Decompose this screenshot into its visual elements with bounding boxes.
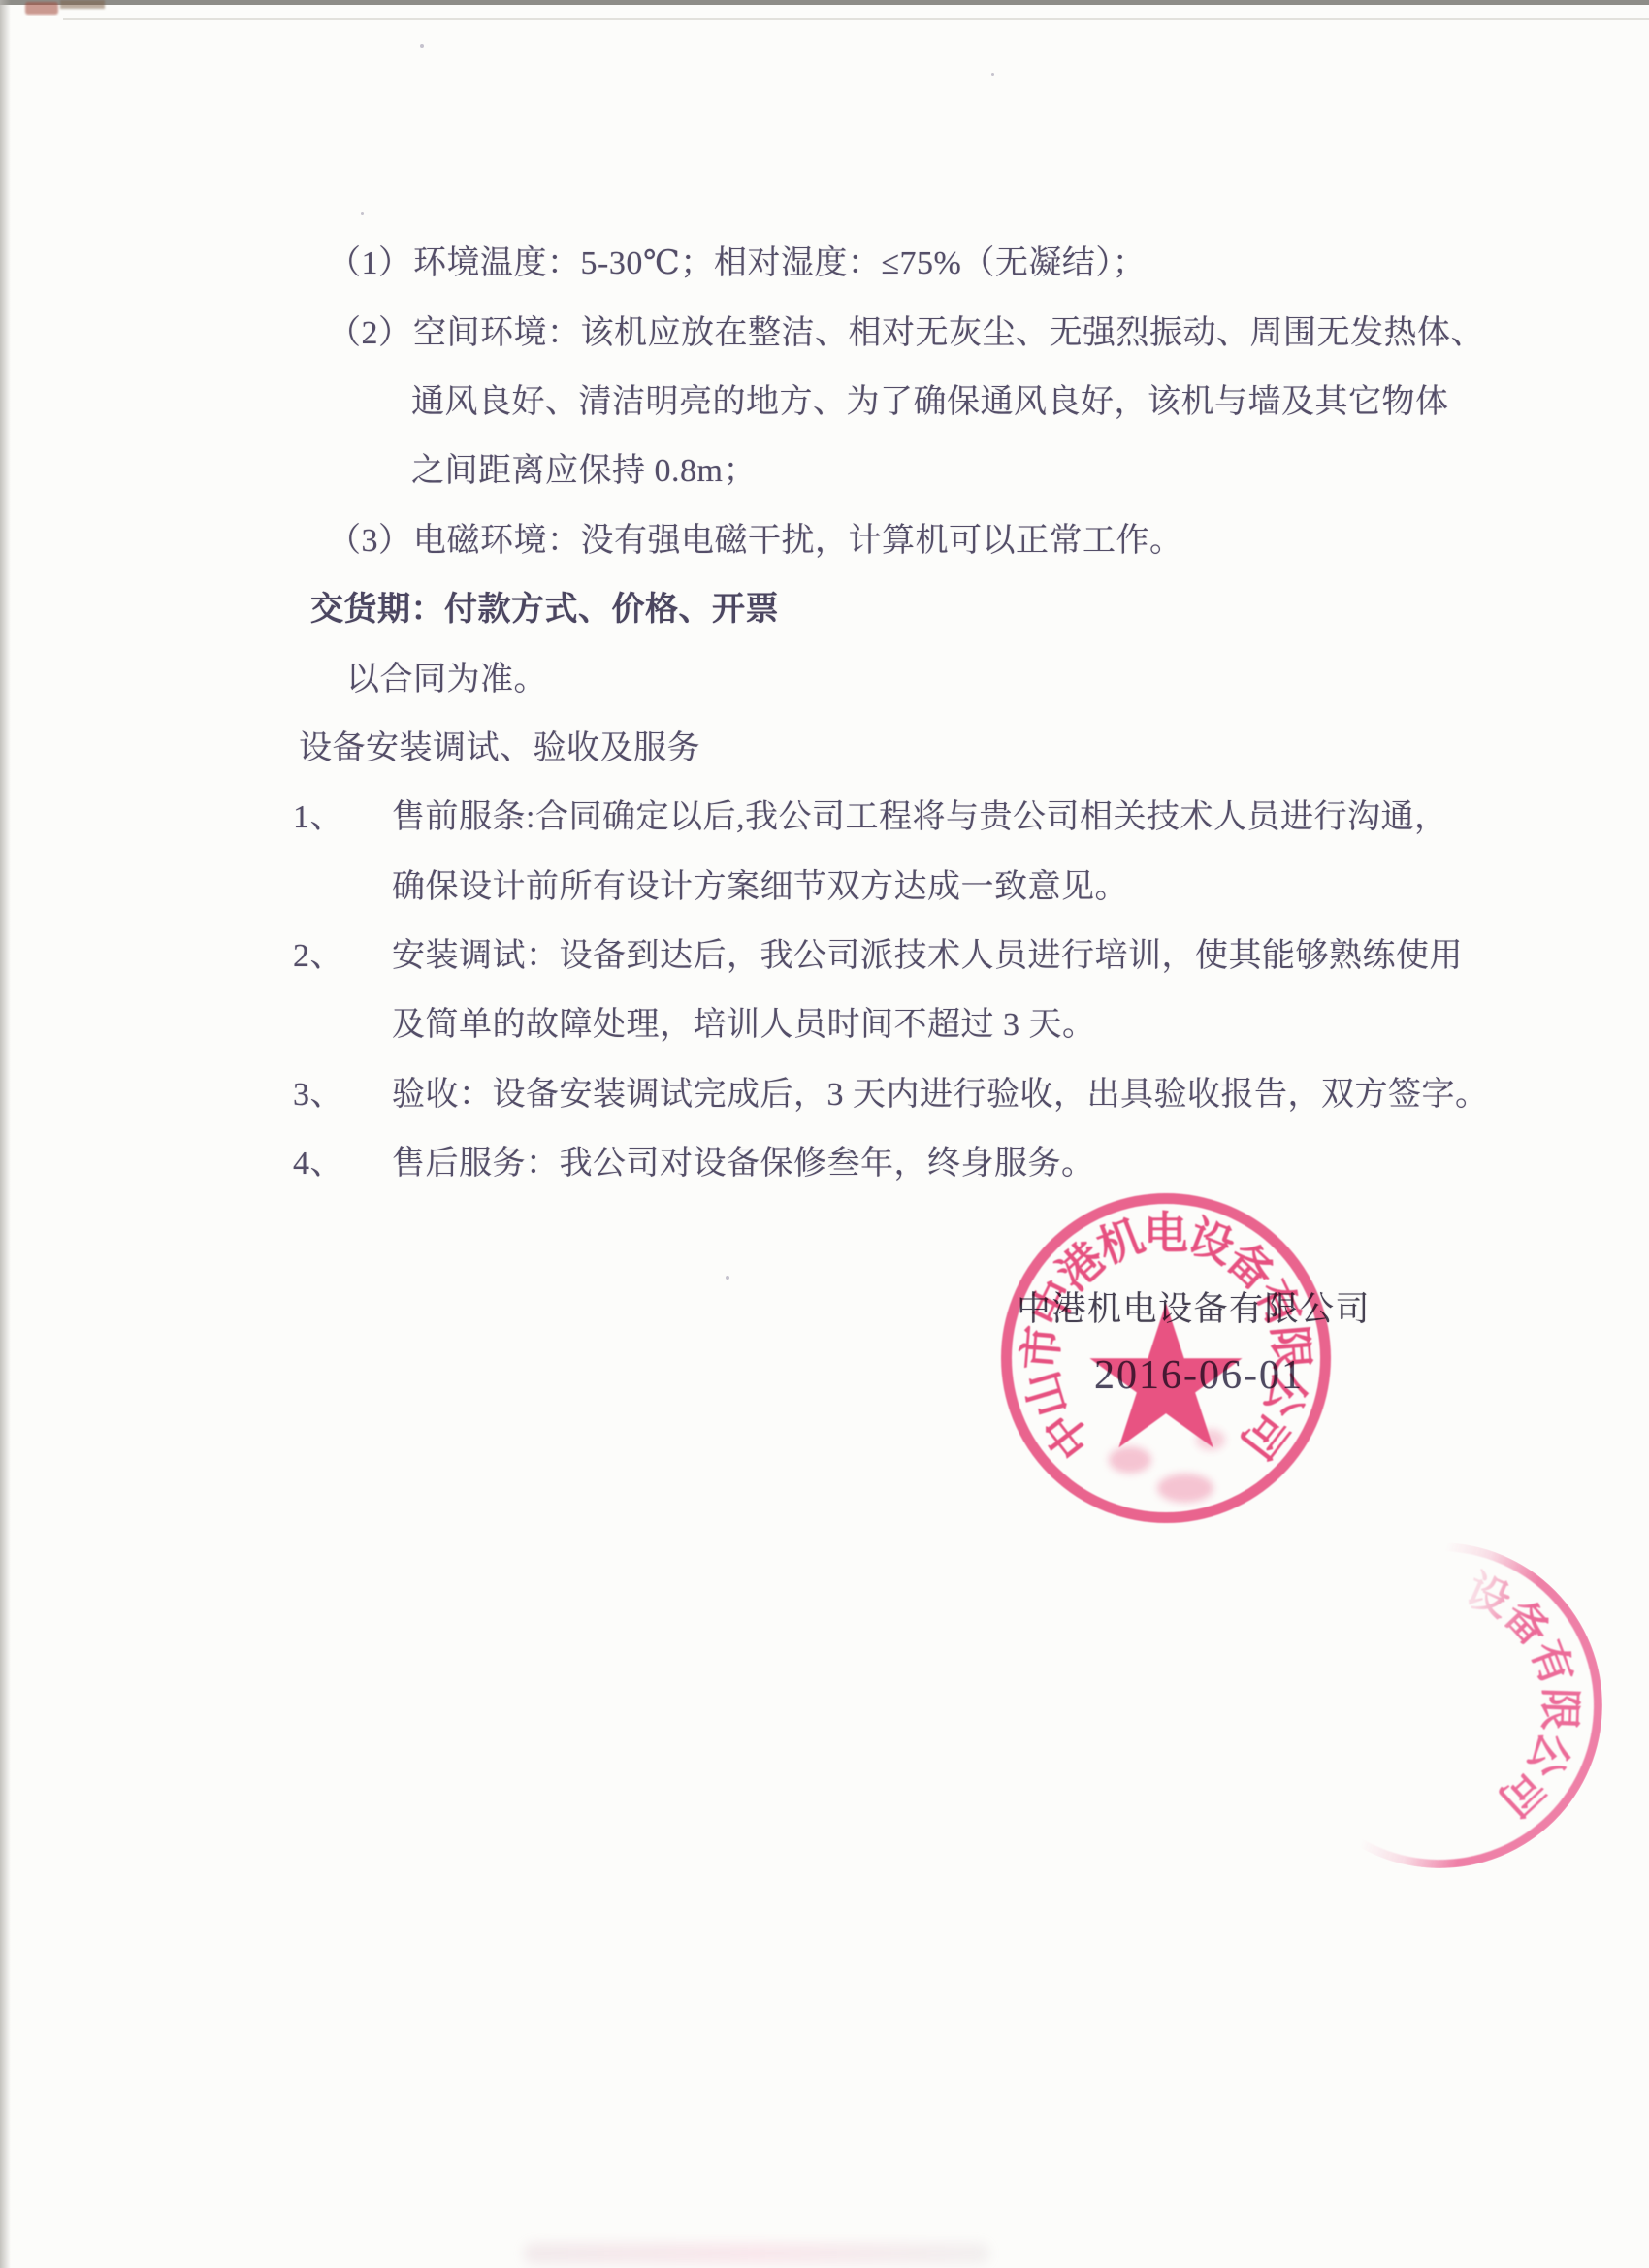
seal-ink-smudge [1196, 1429, 1225, 1450]
line-text: 验收：设备安装调试完成后，3 天内进行验收，出具验收报告，双方签字。 [392, 1067, 1489, 1115]
document-line: （1）环境温度：5-30℃；相对湿度：≤75%（无凝结）； [0, 225, 1649, 294]
line-number: 4、 [293, 1136, 392, 1183]
line-text: 以合同为准。 [346, 652, 547, 699]
scan-smudge [60, 0, 105, 9]
document-line: 交货期：付款方式、价格、开票 [0, 571, 1649, 640]
line-text: 通风良好、清洁明亮的地方、为了确保通风良好，该机与墙及其它物体 [411, 374, 1449, 422]
line-text: 空间环境：该机应放在整洁、相对无灰尘、无强烈振动、周围无发热体、 [413, 306, 1484, 353]
line-text: 环境温度：5-30℃；相对湿度：≤75%（无凝结）； [413, 236, 1146, 283]
seal-ring-character: 电 [1144, 1198, 1188, 1262]
line-text: 及简单的故障处理，培训人员时间不超过 3 天。 [392, 997, 1096, 1045]
document-line: 2、安装调试：设备到达后，我公司派技术人员进行培训，使其能够熟练使用 [0, 918, 1649, 987]
line-number: （3） [328, 513, 413, 561]
line-text: 确保设计前所有设计方案细节双方达成一致意见。 [392, 859, 1128, 907]
scan-border-top [0, 0, 1649, 5]
document-line: 4、售后服务：我公司对设备保修叁年，终身服务。 [0, 1125, 1649, 1194]
line-number: （1） [328, 236, 413, 283]
scan-line-artifact [63, 18, 1649, 20]
seal-ring-character: 限 [1532, 1687, 1595, 1732]
document-line: 1、售前服条:合同确定以后,我公司工程将与贵公司相关技术人员进行沟通， [0, 779, 1649, 848]
document-line: 设备安装调试、验收及服务 [0, 710, 1649, 779]
line-text: 之间距离应保持 0.8m； [411, 443, 757, 491]
document-line: （2）空间环境：该机应放在整洁、相对无灰尘、无强烈振动、周围无发热体、 [0, 294, 1649, 363]
scan-speck [420, 44, 424, 48]
line-number: 3、 [293, 1067, 392, 1115]
signature-company-name: 中港机电设备有限公司 [1017, 1282, 1371, 1331]
line-text: 售后服务：我公司对设备保修叁年，终身服务。 [392, 1136, 1095, 1183]
line-text: 交货期：付款方式、价格、开票 [310, 582, 779, 630]
line-number: （2） [328, 306, 413, 353]
document-line: 及简单的故障处理，培训人员时间不超过 3 天。 [0, 987, 1649, 1055]
scan-speck [361, 212, 364, 215]
scan-speck [991, 73, 994, 76]
document-line: 确保设计前所有设计方案细节双方达成一致意见。 [0, 849, 1649, 918]
seal-ink-smudge [1109, 1446, 1151, 1474]
document-line: 3、验收：设备安装调试完成后，3 天内进行验收，出具验收报告，双方签字。 [0, 1056, 1649, 1125]
line-number: 1、 [293, 790, 392, 837]
scanned-document-page: { "colors": { "ink": "#544e68", "stamp_m… [0, 0, 1649, 2268]
scan-smudge [25, 2, 58, 15]
document-line: （3）电磁环境：没有强电磁干扰，计算机可以正常工作。 [0, 502, 1649, 571]
partial-seal-stamp: 设备有限公司 [1260, 1526, 1618, 1884]
line-text: 设备安装调试、验收及服务 [299, 721, 700, 768]
scan-smudge-bottom [524, 2243, 989, 2264]
line-text: 售前服条:合同确定以后,我公司工程将与贵公司相关技术人员进行沟通， [392, 790, 1447, 837]
scan-speck [726, 1276, 729, 1280]
document-text-block: （1）环境温度：5-30℃；相对湿度：≤75%（无凝结）；（2）空间环境：该机应… [0, 225, 1649, 1194]
line-text: 电磁环境：没有强电磁干扰，计算机可以正常工作。 [413, 513, 1183, 561]
seal-ink-smudge [1157, 1474, 1213, 1503]
document-line: 通风良好、清洁明亮的地方、为了确保通风良好，该机与墙及其它物体 [0, 364, 1649, 433]
line-text: 安装调试：设备到达后，我公司派技术人员进行培训，使其能够熟练使用 [392, 928, 1463, 976]
document-line: 之间距离应保持 0.8m； [0, 433, 1649, 502]
document-line: 以合同为准。 [0, 640, 1649, 709]
signature-date: 2016-06-01 [1094, 1352, 1304, 1399]
line-number: 2、 [293, 928, 392, 976]
